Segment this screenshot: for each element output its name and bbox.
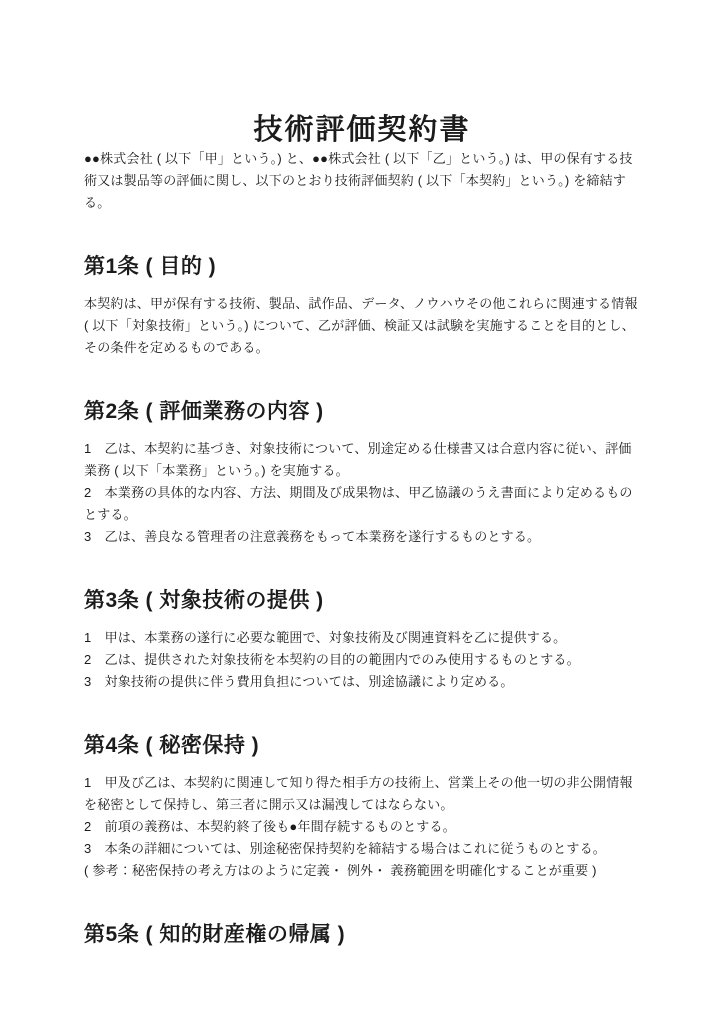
article-4-heading: 第4条 ( 秘密保持 ) [84, 733, 640, 758]
document-title: 技術評価契約書 [84, 113, 640, 148]
article-4-item-1: 1 甲及び乙は、本契約に関連して知り得た相手方の技術上、営業上その他一切の非公開… [84, 772, 640, 816]
article-3-item-1: 1 甲は、本業務の遂行に必要な範囲で、対象技術及び関連資料を乙に提供する。 [84, 627, 640, 649]
contract-document-page: 技術評価契約書 ●●株式会社 ( 以下「甲」という。) と、●●株式会社 ( 以… [0, 0, 724, 1024]
article-2-item-1: 1 乙は、本契約に基づき、対象技術について、別途定める仕様書又は合意内容に従い、… [84, 438, 640, 482]
article-3-item-3: 3 対象技術の提供に伴う費用負担については、別途協議により定める。 [84, 671, 640, 693]
article-4-item-3: 3 本条の詳細については、別途秘密保持契約を締結する場合はこれに従うものとする。 [84, 838, 640, 860]
article-2-item-3: 3 乙は、善良なる管理者の注意義務をもって本業務を遂行するものとする。 [84, 526, 640, 548]
article-4: 第4条 ( 秘密保持 ) 1 甲及び乙は、本契約に関連して知り得た相手方の技術上… [84, 733, 640, 882]
article-2-heading: 第2条 ( 評価業務の内容 ) [84, 399, 640, 424]
preamble-paragraph: ●●株式会社 ( 以下「甲」という。) と、●●株式会社 ( 以下「乙」という。… [84, 148, 640, 214]
article-1-heading: 第1条 ( 目的 ) [84, 254, 640, 279]
article-4-item-2: 2 前項の義務は、本契約終了後も●年間存続するものとする。 [84, 816, 640, 838]
article-2: 第2条 ( 評価業務の内容 ) 1 乙は、本契約に基づき、対象技術について、別途… [84, 399, 640, 548]
article-5-heading: 第5条 ( 知的財産権の帰属 ) [84, 922, 640, 947]
article-5: 第5条 ( 知的財産権の帰属 ) [84, 922, 640, 947]
article-3-heading: 第3条 ( 対象技術の提供 ) [84, 588, 640, 613]
article-3-item-2: 2 乙は、提供された対象技術を本契約の目的の範囲内でのみ使用するものとする。 [84, 649, 640, 671]
article-1-paragraph: 本契約は、甲が保有する技術、製品、試作品、データ、ノウハウその他これらに関連する… [84, 293, 640, 359]
article-3: 第3条 ( 対象技術の提供 ) 1 甲は、本業務の遂行に必要な範囲で、対象技術及… [84, 588, 640, 693]
article-4-reference-note: ( 参考：秘密保持の考え方はのように定義・ 例外・ 義務範囲を明確化することが重… [84, 860, 640, 882]
article-2-item-2: 2 本業務の具体的な内容、方法、期間及び成果物は、甲乙協議のうえ書面により定める… [84, 482, 640, 526]
article-1: 第1条 ( 目的 ) 本契約は、甲が保有する技術、製品、試作品、データ、ノウハウ… [84, 254, 640, 359]
